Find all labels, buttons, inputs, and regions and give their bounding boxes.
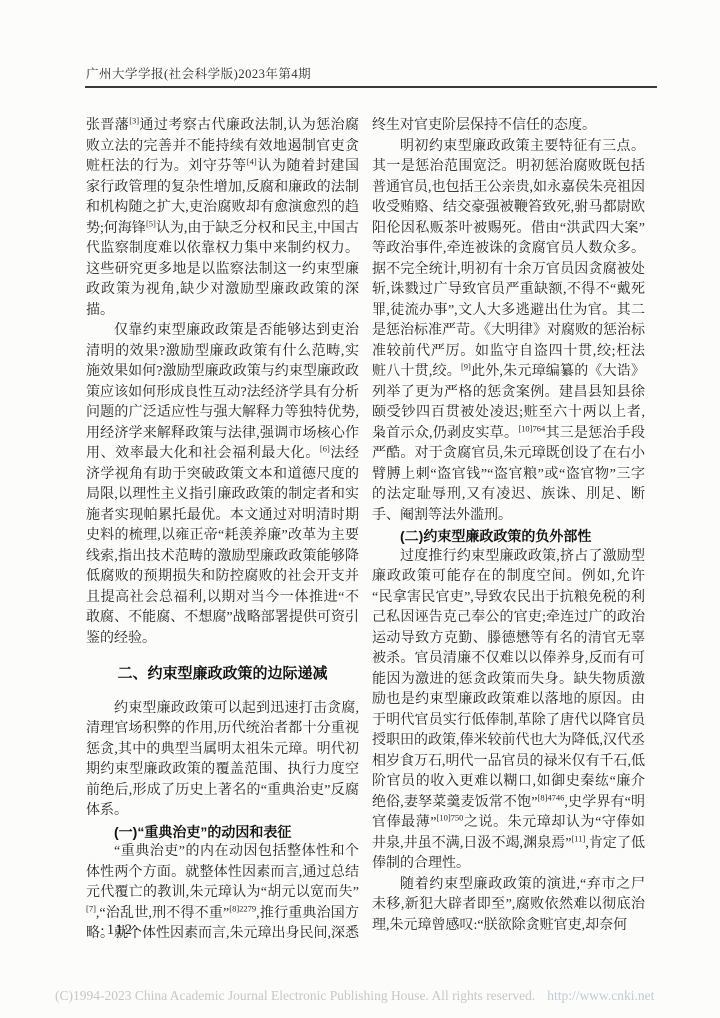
citation-superscript: [10]750 [436, 812, 463, 822]
right-column: 终生对官吏阶层保持不信任的态度。明初约束型廉政政策主要特征有三点。其一是惩治范围… [372, 116, 645, 944]
article-body: 张晋藩[3]通过考察古代廉政法制,认为惩治腐败立法的完善并不能持续有效地遏制官吏… [86, 116, 658, 944]
paragraph: 明初约束型廉政政策主要特征有三点。其一是惩治范围宽泛。明初惩治腐败既包括普通官员… [372, 137, 645, 527]
page-number: ·112· [100, 922, 141, 939]
citation-superscript: [9] [461, 361, 471, 371]
footer-watermark: (C)1994-2023 China Academic Journal Elec… [0, 988, 720, 1004]
citation-superscript: [10]764 [518, 423, 545, 433]
footer-copyright: (C)1994-2023 China Academic Journal Elec… [55, 988, 535, 1004]
paragraph: 终生对官吏阶层保持不信任的态度。 [372, 116, 645, 137]
journal-header: 广州大学学报(社会科学版)2023年第4期 [86, 64, 311, 82]
citation-superscript: [3] [129, 116, 139, 125]
section-heading: 二、约束型廉政政策的边际递减 [86, 664, 359, 685]
citation-superscript: [4] [247, 156, 257, 166]
text-run: 随着约束型廉政政策的演进,“弃市之尸未移,新犯大辟者即至”,腐败依然难以彻底治理… [372, 877, 645, 933]
subsection-heading: (二)约束型廉政政策的负外部性 [372, 526, 645, 547]
text-run: 张晋藩 [86, 118, 129, 133]
citation-superscript: [8]4746 [537, 792, 564, 802]
paragraph: 仅靠约束型廉政政策是否能够达到吏治清明的效果?激励型廉政政策有什么范畴,实施效果… [86, 321, 359, 649]
text-run: 法经济学视角有助于突破政策文本和道德尺度的局限,以理性主义指引廉政政策的制定者和… [86, 446, 359, 646]
citation-superscript: [11] [571, 833, 585, 843]
citation-superscript: [5] [146, 218, 156, 228]
paragraph: 张晋藩[3]通过考察古代廉政法制,认为惩治腐败立法的完善并不能持续有效地遏制官吏… [86, 116, 359, 321]
text-run: 终生对官吏阶层保持不信任的态度。 [372, 118, 596, 133]
paragraph: 随着约束型廉政政策的演进,“弃市之尸未移,新犯大辟者即至”,腐败依然难以彻底治理… [372, 875, 645, 937]
left-column: 张晋藩[3]通过考察古代廉政法制,认为惩治腐败立法的完善并不能持续有效地遏制官吏… [86, 116, 359, 944]
citation-superscript: [7] [86, 903, 96, 913]
footer-url: http://www.cnki.net [547, 988, 654, 1004]
document-page: { "header": { "journal_title": "广州大学学报(社… [0, 0, 720, 1018]
paragraph: 约束型廉政政策可以起到迅速打击贪腐,清理官场积弊的作用,历代统治者都十分重视惩贪… [86, 699, 359, 822]
header-rule [85, 86, 657, 88]
text-run: 仅靠约束型廉政政策是否能够达到吏治清明的效果?激励型廉政政策有什么范畴,实施效果… [86, 323, 359, 461]
text-run: 约束型廉政政策可以起到迅速打击贪腐,清理官场积弊的作用,历代统治者都十分重视惩贪… [86, 701, 359, 819]
subsection-heading: (一)“重典治吏”的动因和表征 [86, 822, 359, 843]
citation-superscript: [6] [320, 443, 330, 453]
paragraph: 过度推行约束型廉政政策,挤占了激励型廉政政策可能存在的制度空间。例如,允许“民拿… [372, 547, 645, 875]
text-run: “重典治吏”的内在动因包括整体性和个体性两个方面。就整体性因素而言,通过总结元代… [86, 844, 359, 900]
text-run: 过度推行约束型廉政政策,挤占了激励型廉政政策可能存在的制度空间。例如,允许“民拿… [372, 549, 645, 810]
citation-superscript: [8]2279 [229, 903, 256, 913]
text-run: 明初约束型廉政政策主要特征有三点。其一是惩治范围宽泛。明初惩治腐败既包括普通官员… [372, 139, 645, 380]
text-run: ,“治乱世,刑不得不重” [96, 906, 229, 921]
